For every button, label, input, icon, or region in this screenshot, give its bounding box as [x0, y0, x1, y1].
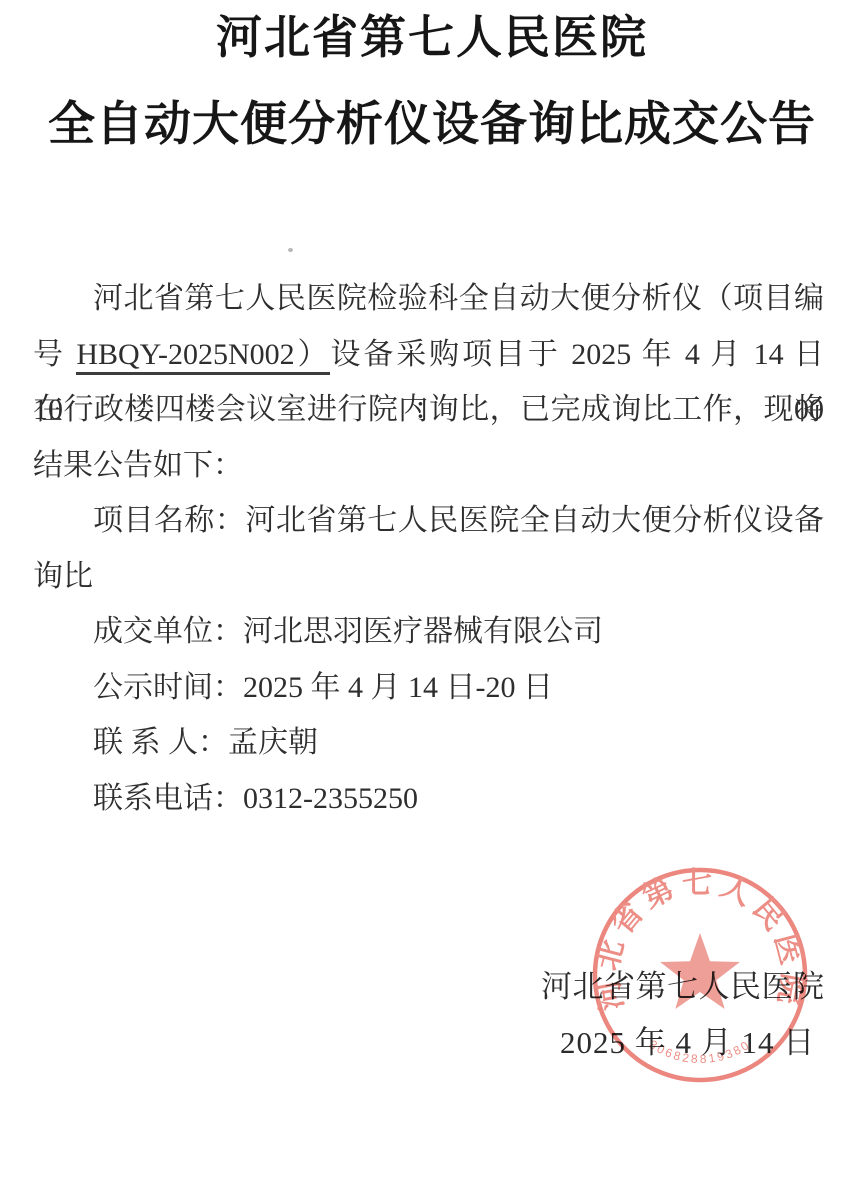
- body-line: 询比: [33, 549, 824, 605]
- document-body: 河北省第七人民医院检验科全自动大便分析仪（项目编 号 HBQY-2025N002…: [33, 271, 824, 826]
- document-title-line2: 全自动大便分析仪设备询比成交公告: [0, 96, 864, 154]
- scanned-announcement-document: 河北省第七人民医院 全自动大便分析仪设备询比成交公告 河北省第七人民医院检验科全…: [0, 0, 864, 1204]
- body-line: 号 HBQY-2025N002）设备采购项目于 2025 年 4 月 14 日 …: [33, 327, 824, 383]
- project-number-underlined: HBQY-2025N002）: [76, 338, 330, 375]
- body-line-contact-phone: 联系电话：0312-2355250: [33, 771, 824, 827]
- body-line-winner: 成交单位：河北思羽医疗器械有限公司: [33, 604, 824, 660]
- body-line-pre: 号: [33, 338, 76, 371]
- body-line: 结果公告如下：: [33, 438, 824, 494]
- body-line-publicity-period: 公示时间：2025 年 4 月 14 日-20 日: [33, 660, 824, 716]
- body-line: 在行政楼四楼会议室进行院内询比，已完成询比工作，现将: [33, 382, 824, 438]
- signature-organization: 河北省第七人民医院: [541, 961, 825, 1006]
- body-line-contact-person: 联 系 人：孟庆朝: [33, 715, 824, 771]
- body-line: 项目名称：河北省第七人民医院全自动大便分析仪设备: [33, 493, 824, 549]
- signature-date: 2025 年 4 月 14 日: [560, 1017, 815, 1062]
- document-title-line1: 河北省第七人民医院: [0, 12, 864, 64]
- body-line: 河北省第七人民医院检验科全自动大便分析仪（项目编: [33, 271, 824, 327]
- scan-artifact-dot: [288, 248, 293, 252]
